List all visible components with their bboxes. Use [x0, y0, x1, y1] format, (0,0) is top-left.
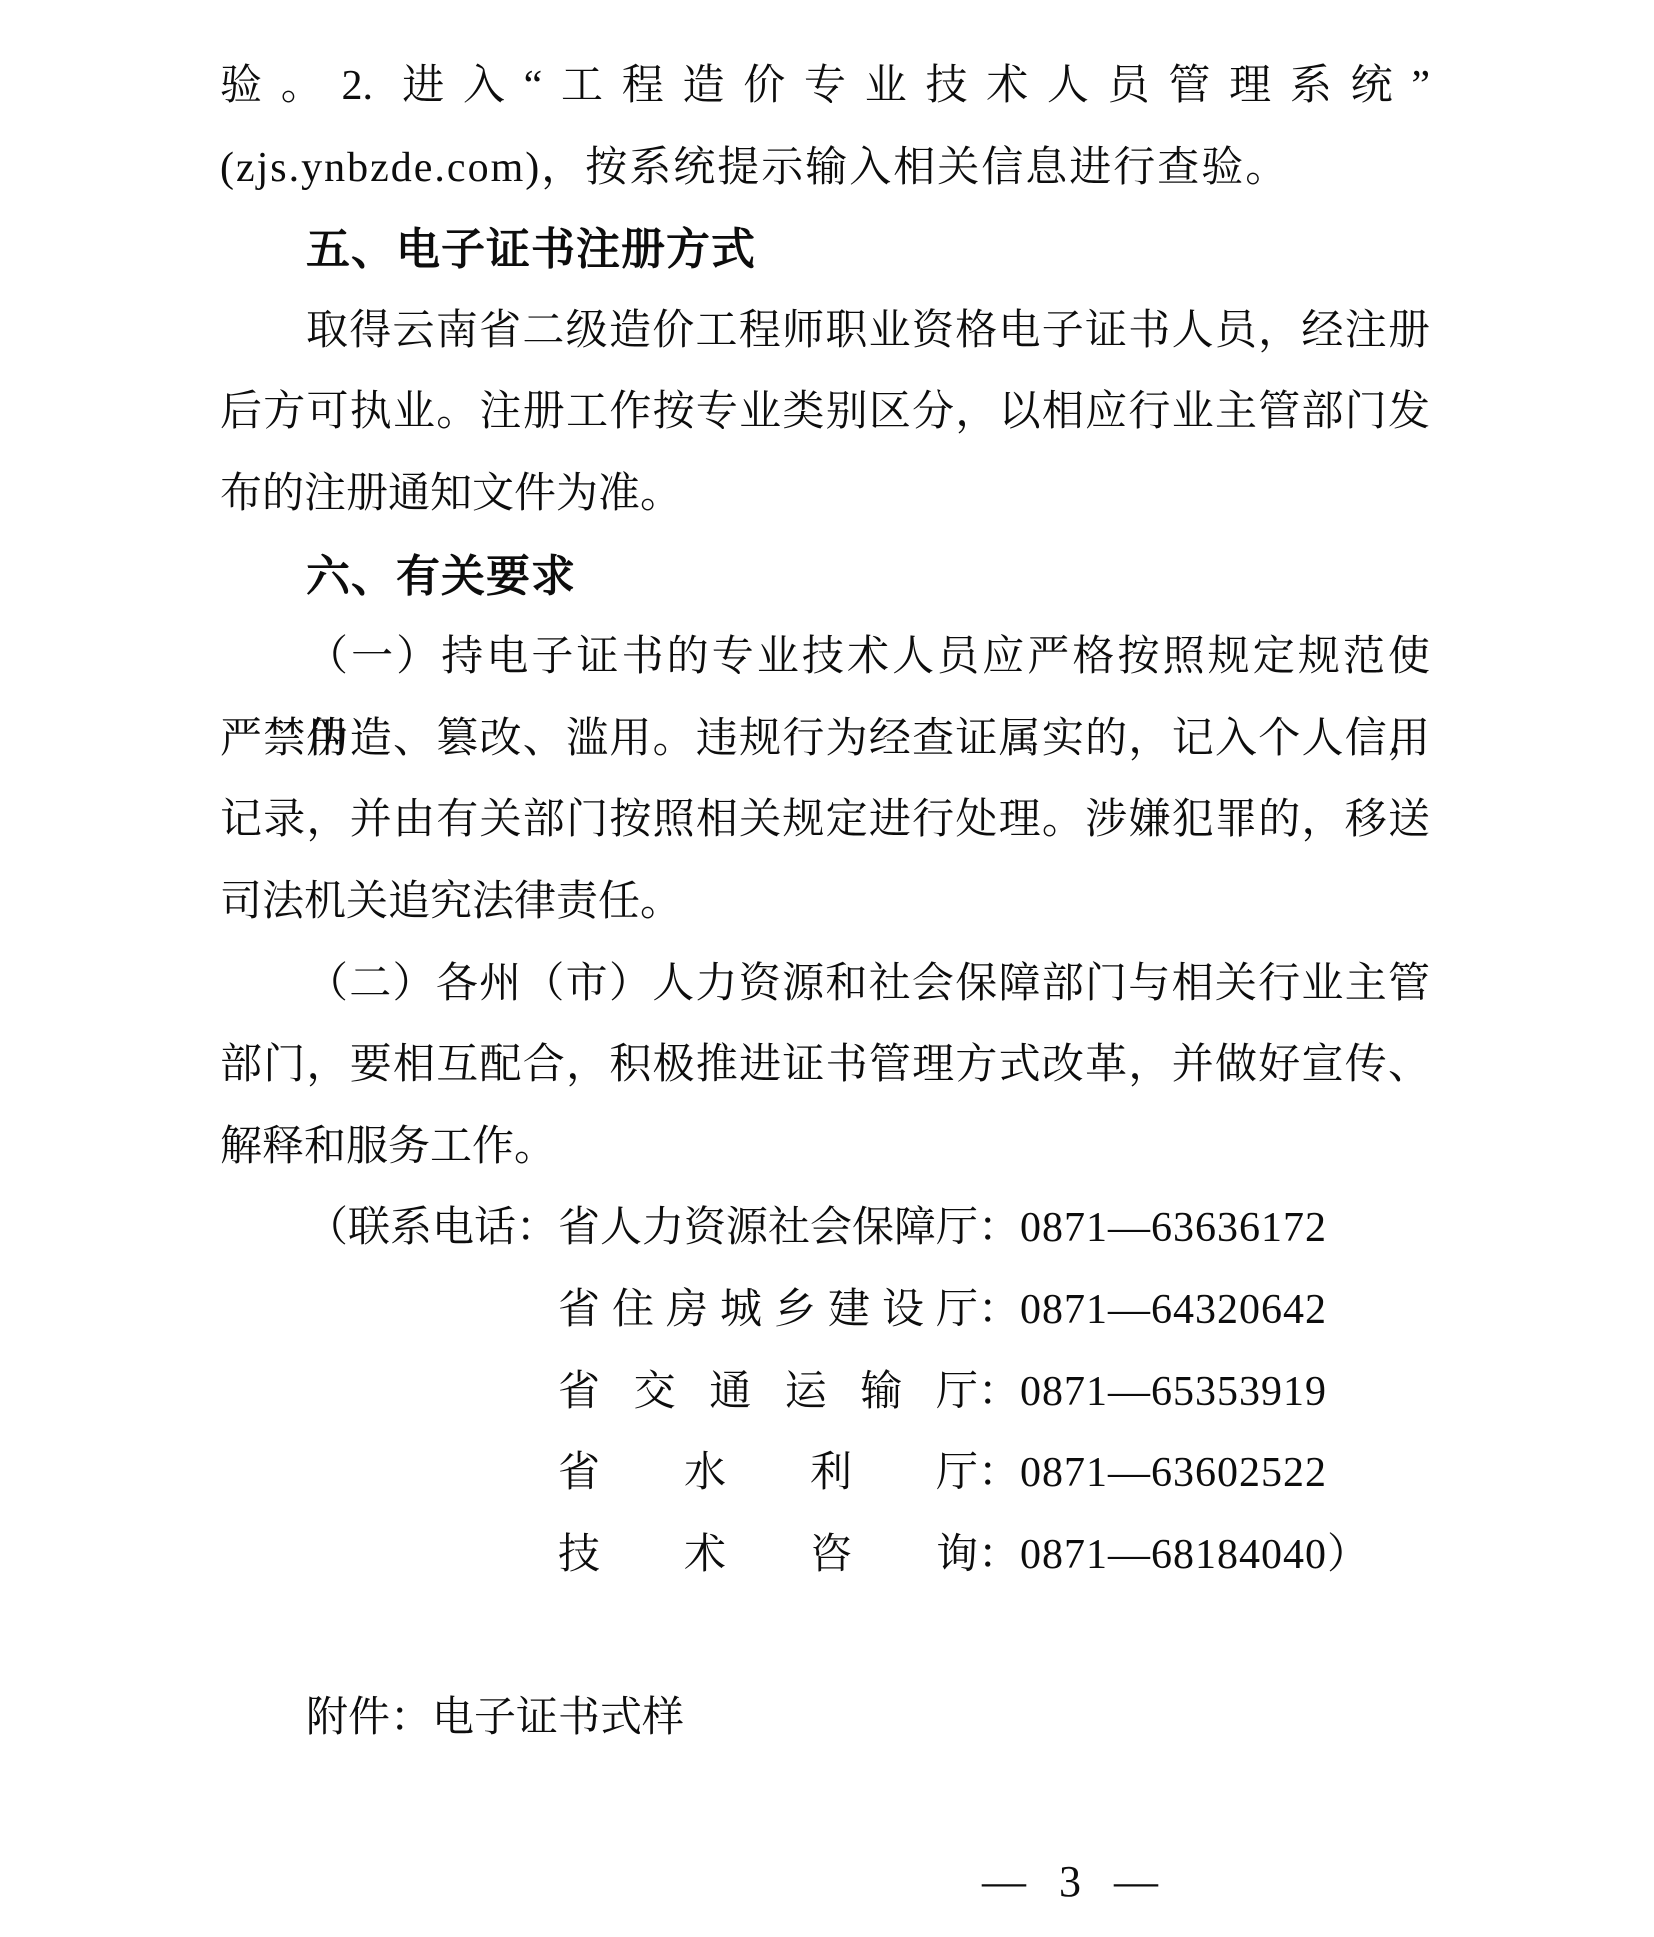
contact-colon: ： — [978, 1270, 1020, 1352]
contact-department: 省人力资源社会保障厅 — [558, 1188, 978, 1270]
doc-line: 记录，并由有关部门按照相关规定进行处理。涉嫌犯罪的，移送 — [220, 780, 1430, 862]
doc-line: 后方可执业。注册工作按专业类别区分，以相应行业主管部门发 — [220, 372, 1430, 454]
doc-line: 布的注册通知文件为准。 — [220, 454, 1430, 536]
contact-colon: ： — [978, 1352, 1020, 1434]
document-page: 验。2. 进入“工程造价专业技术人员管理系统” (zjs.ynbzde.com)… — [0, 0, 1654, 1937]
doc-line: 司法机关追究法律责任。 — [220, 862, 1430, 944]
contact-colon: ： — [978, 1188, 1020, 1270]
contact-colon: ： — [978, 1433, 1020, 1515]
contact-department: 省住房城乡建设厅 — [558, 1270, 978, 1352]
contact-phone-number: 0871—65353919 — [1020, 1352, 1327, 1434]
document-body: 验。2. 进入“工程造价专业技术人员管理系统” (zjs.ynbzde.com)… — [220, 46, 1430, 1923]
contact-phone-number: 0871—64320642 — [1020, 1270, 1327, 1352]
doc-line: 取得云南省二级造价工程师职业资格电子证书人员，经注册 — [220, 291, 1430, 373]
contact-phone-number: 0871—63636172 — [1020, 1188, 1327, 1270]
contact-line: （联系电话： 省人力资源社会保障厅 ： 0871—63636172 — [220, 1188, 1430, 1270]
contact-department: 技术咨询 — [558, 1515, 978, 1597]
contact-department: 省交通运输厅 — [558, 1352, 978, 1434]
blank-line — [220, 1596, 1430, 1678]
doc-line: 部门，要相互配合，积极推进证书管理方式改革，并做好宣传、 — [220, 1025, 1430, 1107]
contact-colon: ： — [978, 1515, 1020, 1597]
doc-line: (zjs.ynbzde.com)，按系统提示输入相关信息进行查验。 — [220, 128, 1430, 210]
doc-line: 严禁伪造、篡改、滥用。违规行为经查证属实的，记入个人信用 — [220, 699, 1430, 781]
contact-prefix: （联系电话： — [306, 1188, 558, 1270]
contact-line: 省交通运输厅 ： 0871—65353919 — [220, 1352, 1430, 1434]
doc-line: 解释和服务工作。 — [220, 1107, 1430, 1189]
attachment-note: 附件：电子证书式样 — [220, 1678, 1430, 1760]
contact-department: 省水利厅 — [558, 1433, 978, 1515]
doc-line: （一）持电子证书的专业技术人员应严格按照规定规范使用， — [220, 617, 1430, 699]
section-heading-6: 六、有关要求 — [220, 536, 1430, 618]
contact-phone-number: 0871—68184040） — [1020, 1515, 1370, 1597]
doc-line: （二）各州（市）人力资源和社会保障部门与相关行业主管 — [220, 944, 1430, 1026]
contact-line: 技术咨询 ： 0871—68184040） — [220, 1515, 1430, 1597]
contact-phone-number: 0871—63602522 — [1020, 1433, 1327, 1515]
doc-line: 验。2. 进入“工程造价专业技术人员管理系统” — [220, 46, 1430, 128]
section-heading-5: 五、电子证书注册方式 — [220, 209, 1430, 291]
page-number: — 3 — — [220, 1841, 1430, 1923]
contact-line: 省住房城乡建设厅 ： 0871—64320642 — [220, 1270, 1430, 1352]
blank-line — [220, 1759, 1430, 1841]
contact-line: 省水利厅 ： 0871—63602522 — [220, 1433, 1430, 1515]
